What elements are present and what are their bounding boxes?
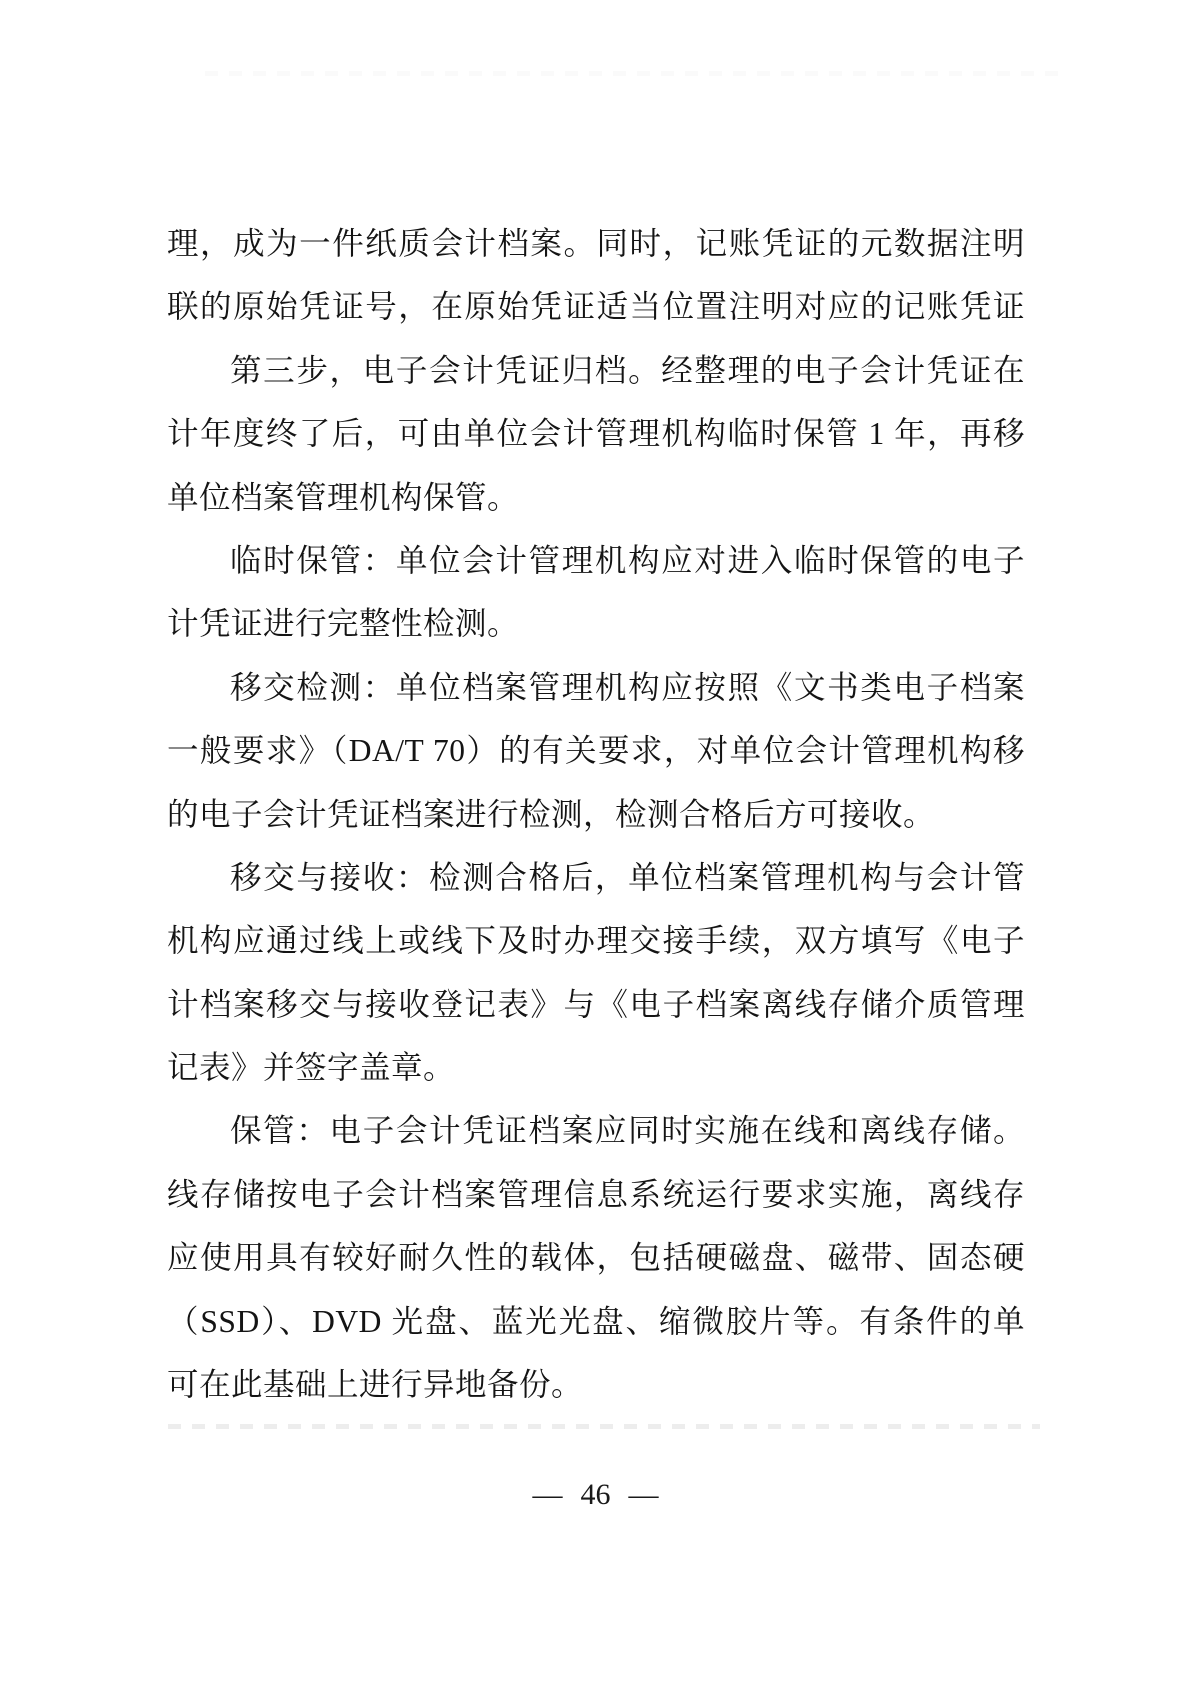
scan-artifact-bottom [168,1424,1040,1429]
text-line: 理，成为一件纸质会计档案。同时，记账凭证的元数据注明其关 [167,212,1025,275]
text-line: 计年度终了后，可由单位会计管理机构临时保管 1 年，再移交 [167,402,1025,465]
text-line: 计档案移交与接收登记表》与《电子档案离线存储介质管理登 [167,973,1025,1036]
text-line: 线存储按电子会计档案管理信息系统运行要求实施，离线存储 [167,1163,1025,1226]
text-line: 可在此基础上进行异地备份。 [167,1353,1025,1416]
text-line: （SSD）、DVD 光盘、蓝光光盘、缩微胶片等。有条件的单位， [167,1290,1025,1353]
text-line: 单位档案管理机构保管。 [167,466,1025,529]
text-line: 移交与接收：检测合格后，单位档案管理机构与会计管理 [167,846,1025,909]
text-line: 应使用具有较好耐久性的载体，包括硬磁盘、磁带、固态硬盘 [167,1226,1025,1289]
page-number: 46 [581,1478,611,1512]
text-line: 记表》并签字盖章。 [167,1036,1025,1099]
text-line: 机构应通过线上或线下及时办理交接手续，双方填写《电子会 [167,909,1025,972]
text-line: 联的原始凭证号，在原始凭证适当位置注明对应的记账凭证号。 [167,275,1025,338]
page-footer: — 46 — [0,1478,1191,1512]
text-line: 一般要求》（DA/T 70）的有关要求，对单位会计管理机构移交 [167,719,1025,782]
scan-artifact-top [205,71,1060,76]
footer-right-dash: — [629,1478,659,1512]
text-line: 临时保管：单位会计管理机构应对进入临时保管的电子会 [167,529,1025,592]
text-line: 的电子会计凭证档案进行检测，检测合格后方可接收。 [167,783,1025,846]
text-line: 第三步，电子会计凭证归档。经整理的电子会计凭证在会 [167,339,1025,402]
text-line: 移交检测：单位档案管理机构应按照《文书类电子档案检测 [167,656,1025,719]
footer-left-dash: — [533,1478,563,1512]
document-page: 理，成为一件纸质会计档案。同时，记账凭证的元数据注明其关 联的原始凭证号，在原始… [0,0,1191,1684]
text-line: 保管：电子会计凭证档案应同时实施在线和离线存储。在 [167,1099,1025,1162]
text-line: 计凭证进行完整性检测。 [167,592,1025,655]
document-body: 理，成为一件纸质会计档案。同时，记账凭证的元数据注明其关 联的原始凭证号，在原始… [167,212,1025,1416]
